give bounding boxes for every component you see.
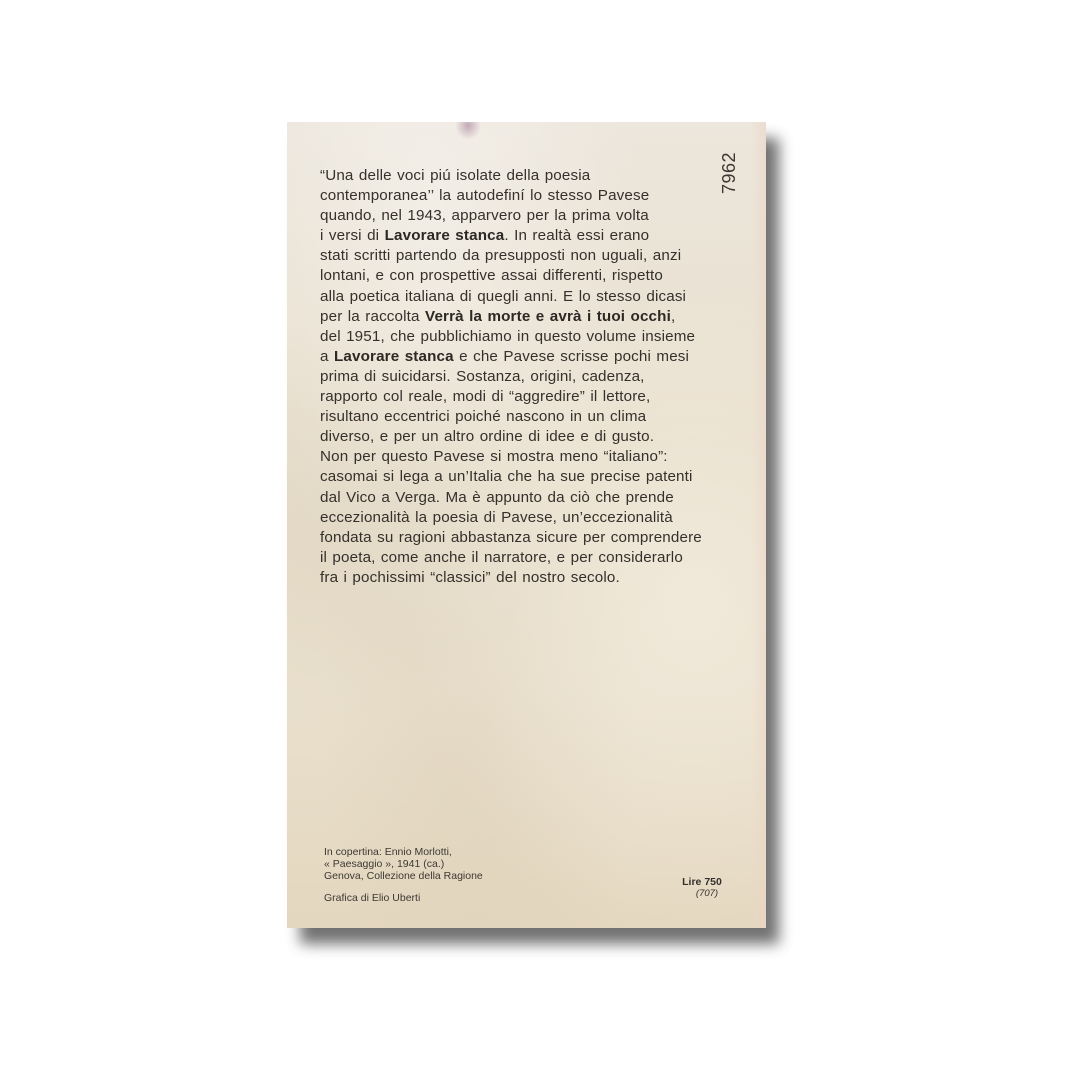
blurb-line: a Lavorare stanca e che Pavese scrisse p… xyxy=(320,347,750,367)
blurb-line: alla poetica italiana di quegli anni. E … xyxy=(320,287,750,307)
blurb-line: eccezionalità la poesia di Pavese, un’ec… xyxy=(320,508,750,528)
blurb-line: fondata su ragioni abbastanza sicure per… xyxy=(320,528,750,548)
book-title: Lavorare stanca xyxy=(334,348,454,365)
photo-stage: 7962 “Una delle voci piú isolate della p… xyxy=(0,0,1080,1080)
blurb-text-run: a xyxy=(320,348,334,365)
blurb-line: diverso, e per un altro ordine di idee e… xyxy=(320,427,750,447)
blurb-line: quando, nel 1943, apparvero per la prima… xyxy=(320,206,750,226)
blurb-text-run: stati scritti partendo da presupposti no… xyxy=(320,247,681,264)
price-amount: Lire 750 xyxy=(667,876,737,888)
blurb-text-run: alla poetica italiana di quegli anni. E … xyxy=(320,288,686,305)
blurb-text-run: i versi di xyxy=(320,227,385,244)
blurb-line: risultano eccentrici poiché nascono in u… xyxy=(320,407,750,427)
blurb-line: stati scritti partendo da presupposti no… xyxy=(320,246,750,266)
book-title: Verrà la morte e avrà i tuoi occhi xyxy=(425,308,671,325)
blurb-line: prima di suicidarsi. Sostanza, origini, … xyxy=(320,367,750,387)
design-credit: Grafica di Elio Uberti xyxy=(324,892,483,904)
blurb-text-run: , xyxy=(671,308,675,325)
blurb-text-run: quando, nel 1943, apparvero per la prima… xyxy=(320,207,649,224)
book-back-cover: 7962 “Una delle voci piú isolate della p… xyxy=(287,122,766,928)
cover-credit-line: In copertina: Ennio Morlotti, xyxy=(324,846,483,858)
blurb-text-run: diverso, e per un altro ordine di idee e… xyxy=(320,428,654,445)
blurb-text-run: . In realtà essi erano xyxy=(504,227,649,244)
blurb-text: “Una delle voci piú isolate della poesia… xyxy=(320,166,750,588)
credits-block: In copertina: Ennio Morlotti, « Paesaggi… xyxy=(324,846,483,904)
blurb-line: contemporanea’’ la autodefiní lo stesso … xyxy=(320,186,750,206)
blurb-line: “Una delle voci piú isolate della poesia xyxy=(320,166,750,186)
price-code: (707) xyxy=(667,888,737,899)
blurb-text-run: rapporto col reale, modi di “aggredire” … xyxy=(320,388,650,405)
blurb-text-run: contemporanea’’ la autodefiní lo stesso … xyxy=(320,187,649,204)
book-title: Lavorare stanca xyxy=(385,227,505,244)
blurb-line: casomai si lega a un’Italia che ha sue p… xyxy=(320,467,750,487)
blurb-text-run: fondata su ragioni abbastanza sicure per… xyxy=(320,529,702,546)
blurb-text-run: del 1951, che pubblichiamo in questo vol… xyxy=(320,328,695,345)
blurb-text-run: Non per questo Pavese si mostra meno “it… xyxy=(320,448,668,465)
blurb-line: rapporto col reale, modi di “aggredire” … xyxy=(320,387,750,407)
price-block: Lire 750 (707) xyxy=(667,876,737,899)
blurb-text-run: casomai si lega a un’Italia che ha sue p… xyxy=(320,468,693,485)
blurb-line: fra i pochissimi “classici” del nostro s… xyxy=(320,568,750,588)
blurb-line: Non per questo Pavese si mostra meno “it… xyxy=(320,447,750,467)
blurb-text-run: per la raccolta xyxy=(320,308,425,325)
blurb-text-run: prima di suicidarsi. Sostanza, origini, … xyxy=(320,368,645,385)
blurb-line: lontani, e con prospettive assai differe… xyxy=(320,266,750,286)
blurb-text-run: il poeta, come anche il narratore, e per… xyxy=(320,549,683,566)
blurb-line: il poeta, come anche il narratore, e per… xyxy=(320,548,750,568)
blurb-text-run: dal Vico a Verga. Ma è appunto da ciò ch… xyxy=(320,489,674,506)
paper-stain xyxy=(455,122,481,140)
blurb-line: per la raccolta Verrà la morte e avrà i … xyxy=(320,307,750,327)
blurb-text-run: lontani, e con prospettive assai differe… xyxy=(320,267,663,284)
blurb-text-run: risultano eccentrici poiché nascono in u… xyxy=(320,408,646,425)
blurb-line: dal Vico a Verga. Ma è appunto da ciò ch… xyxy=(320,488,750,508)
blurb-text-run: eccezionalità la poesia di Pavese, un’ec… xyxy=(320,509,673,526)
cover-credit-line: Genova, Collezione della Ragione xyxy=(324,870,483,882)
blurb-text-run: “Una delle voci piú isolate della poesia xyxy=(320,167,590,184)
blurb-line: i versi di Lavorare stanca. In realtà es… xyxy=(320,226,750,246)
blurb-line: del 1951, che pubblichiamo in questo vol… xyxy=(320,327,750,347)
blurb-text-run: e che Pavese scrisse pochi mesi xyxy=(454,348,689,365)
blurb-text-run: fra i pochissimi “classici” del nostro s… xyxy=(320,569,620,586)
cover-credit-line: « Paesaggio », 1941 (ca.) xyxy=(324,858,483,870)
